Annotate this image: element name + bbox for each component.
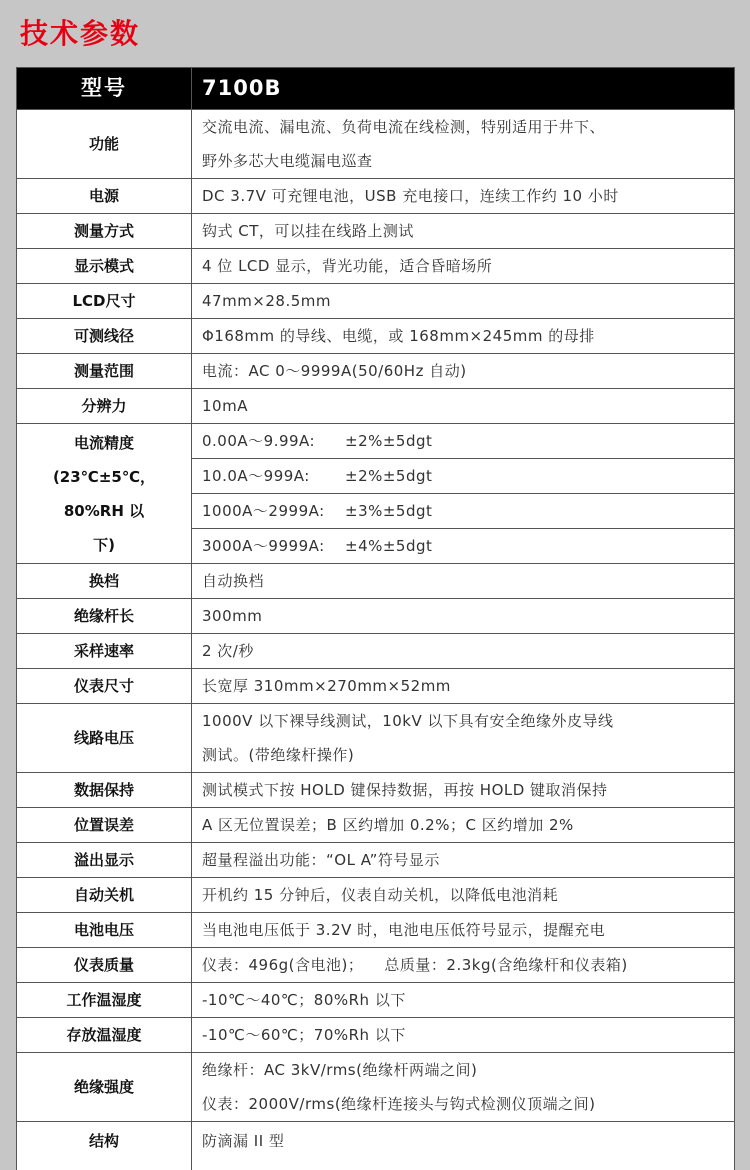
page-title: 技术参数 — [20, 14, 140, 54]
row-value: 2 次/秒 — [192, 634, 735, 669]
row-label: 可测线径 — [17, 319, 192, 354]
row-value: 超量程溢出功能：“OL A”符号显示 — [192, 843, 735, 878]
table-row: 电源 DC 3.7V 可充锂电池，USB 充电接口，连续工作约 10 小时 — [17, 179, 735, 214]
table-row: 仪表尺寸 长宽厚 310mm×270mm×52mm — [17, 669, 735, 704]
table-row: 采样速率 2 次/秒 — [17, 634, 735, 669]
row-label: 功能 — [17, 110, 192, 179]
row-label: 测量范围 — [17, 354, 192, 389]
table-row: 溢出显示 超量程溢出功能：“OL A”符号显示 — [17, 843, 735, 878]
row-value: Φ168mm 的导线、电缆，或 168mm×245mm 的母排 — [192, 319, 735, 354]
row-value: 47mm×28.5mm — [192, 284, 735, 319]
row-value: 长宽厚 310mm×270mm×52mm — [192, 669, 735, 704]
row-label: 自动关机 — [17, 878, 192, 913]
row-value: 4 位 LCD 显示，背光功能，适合昏暗场所 — [192, 249, 735, 284]
accuracy-item: 3000A～9999A:±4%±5dgt — [192, 529, 735, 564]
table-row: 工作温湿度 -10℃～40℃；80%Rh 以下 — [17, 983, 735, 1018]
accuracy-row: 电流精度 (23℃±5℃， 80%RH 以 下) 0.00A～9.99A:±2%… — [17, 424, 735, 459]
row-label: 仪表尺寸 — [17, 669, 192, 704]
row-value: 10mA — [192, 389, 735, 424]
row-value: 开机约 15 分钟后，仪表自动关机，以降低电池消耗 — [192, 878, 735, 913]
accuracy-item: 1000A～2999A:±3%±5dgt — [192, 494, 735, 529]
accuracy-item: 0.00A～9.99A:±2%±5dgt — [192, 424, 735, 459]
table-row: 数据保持 测试模式下按 HOLD 键保持数据，再按 HOLD 键取消保持 — [17, 773, 735, 808]
table-row: 存放温湿度 -10℃～60℃；70%Rh 以下 — [17, 1018, 735, 1053]
table-row: 换档 自动换档 — [17, 564, 735, 599]
row-label: 结构 — [17, 1122, 192, 1170]
table-row: 分辨力 10mA — [17, 389, 735, 424]
table-row: 显示模式 4 位 LCD 显示，背光功能，适合昏暗场所 — [17, 249, 735, 284]
row-label: 电源 — [17, 179, 192, 214]
table-row: 测量方式 钩式 CT，可以挂在线路上测试 — [17, 214, 735, 249]
table-row: 绝缘强度 绝缘杆：AC 3kV/rms(绝缘杆两端之间) 仪表：2000V/rm… — [17, 1053, 735, 1122]
table-row: 测量范围 电流：AC 0～9999A(50/60Hz 自动) — [17, 354, 735, 389]
row-value: -10℃～60℃；70%Rh 以下 — [192, 1018, 735, 1053]
table-row: 绝缘杆长 300mm — [17, 599, 735, 634]
row-value: 当电池电压低于 3.2V 时，电池电压低符号显示，提醒充电 — [192, 913, 735, 948]
table-row: 可测线径 Φ168mm 的导线、电缆，或 168mm×245mm 的母排 — [17, 319, 735, 354]
row-label: 工作温湿度 — [17, 983, 192, 1018]
row-value: 绝缘杆：AC 3kV/rms(绝缘杆两端之间) 仪表：2000V/rms(绝缘杆… — [192, 1053, 735, 1122]
row-label: 显示模式 — [17, 249, 192, 284]
row-value: 测试模式下按 HOLD 键保持数据，再按 HOLD 键取消保持 — [192, 773, 735, 808]
row-label: 数据保持 — [17, 773, 192, 808]
row-value: 300mm — [192, 599, 735, 634]
table-row: 线路电压 1000V 以下裸导线测试，10kV 以下具有安全绝缘外皮导线 测试。… — [17, 704, 735, 773]
table-row: 仪表质量 仪表：496g(含电池)； 总质量：2.3kg(含绝缘杆和仪表箱) — [17, 948, 735, 983]
row-label: 位置误差 — [17, 808, 192, 843]
row-label: 线路电压 — [17, 704, 192, 773]
model-label: 型号 — [17, 68, 192, 110]
table-row: 电池电压 当电池电压低于 3.2V 时，电池电压低符号显示，提醒充电 — [17, 913, 735, 948]
row-value: 防滴漏 II 型 — [192, 1122, 735, 1170]
row-label: 测量方式 — [17, 214, 192, 249]
row-value: 电流：AC 0～9999A(50/60Hz 自动) — [192, 354, 735, 389]
row-label: 分辨力 — [17, 389, 192, 424]
row-label: LCD尺寸 — [17, 284, 192, 319]
spec-table: 型号 7100B 功能 交流电流、漏电流、负荷电流在线检测，特别适用于井下、 野… — [16, 67, 735, 1170]
row-value: 交流电流、漏电流、负荷电流在线检测，特别适用于井下、 野外多芯大电缆漏电巡查 — [192, 110, 735, 179]
table-row: 自动关机 开机约 15 分钟后，仪表自动关机，以降低电池消耗 — [17, 878, 735, 913]
row-label: 仪表质量 — [17, 948, 192, 983]
row-label: 存放温湿度 — [17, 1018, 192, 1053]
row-value: 仪表：496g(含电池)； 总质量：2.3kg(含绝缘杆和仪表箱) — [192, 948, 735, 983]
row-value: -10℃～40℃；80%Rh 以下 — [192, 983, 735, 1018]
row-value: DC 3.7V 可充锂电池，USB 充电接口，连续工作约 10 小时 — [192, 179, 735, 214]
row-label: 绝缘强度 — [17, 1053, 192, 1122]
table-row: 位置误差 A 区无位置误差；B 区约增加 0.2%；C 区约增加 2% — [17, 808, 735, 843]
accuracy-label: 电流精度 (23℃±5℃， 80%RH 以 下) — [17, 424, 192, 564]
row-label: 换档 — [17, 564, 192, 599]
row-label: 溢出显示 — [17, 843, 192, 878]
table-header-row: 型号 7100B — [17, 68, 735, 110]
table-row: 结构 防滴漏 II 型 — [17, 1122, 735, 1170]
row-value: 自动换档 — [192, 564, 735, 599]
table-row: LCD尺寸 47mm×28.5mm — [17, 284, 735, 319]
row-value: 1000V 以下裸导线测试，10kV 以下具有安全绝缘外皮导线 测试。(带绝缘杆… — [192, 704, 735, 773]
row-value: A 区无位置误差；B 区约增加 0.2%；C 区约增加 2% — [192, 808, 735, 843]
row-value: 钩式 CT，可以挂在线路上测试 — [192, 214, 735, 249]
row-label: 电池电压 — [17, 913, 192, 948]
accuracy-item: 10.0A～999A:±2%±5dgt — [192, 459, 735, 494]
model-value: 7100B — [192, 68, 735, 110]
row-label: 绝缘杆长 — [17, 599, 192, 634]
row-label: 采样速率 — [17, 634, 192, 669]
table-row: 功能 交流电流、漏电流、负荷电流在线检测，特别适用于井下、 野外多芯大电缆漏电巡… — [17, 110, 735, 179]
